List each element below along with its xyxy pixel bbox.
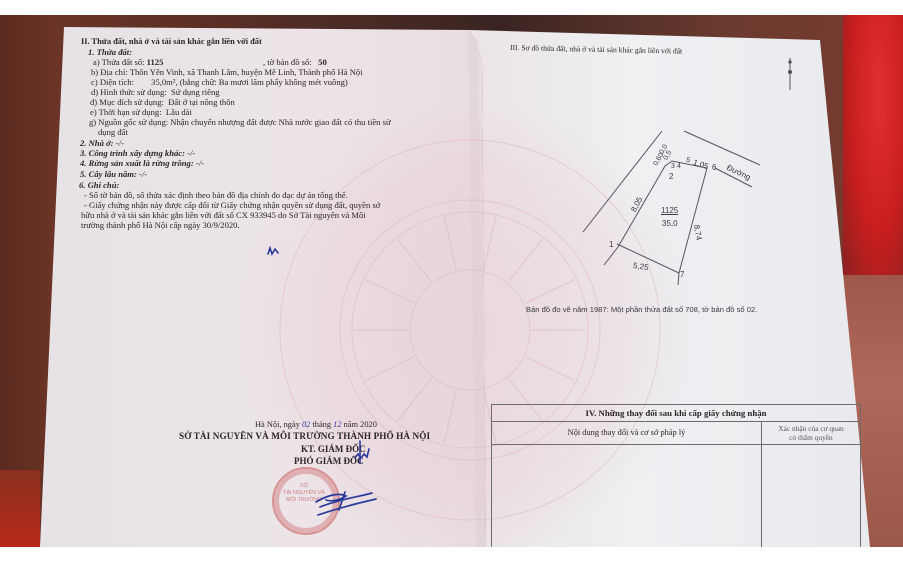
vertex-6: 6 — [712, 163, 716, 172]
col-header-authority-confirmation: Xác nhận của cơ quan có thẩm quyền — [762, 421, 860, 445]
col2-header-line2: có thẩm quyền — [762, 433, 860, 442]
vertex-4: 4 — [677, 163, 681, 170]
vertex-7: 7 — [680, 270, 684, 279]
parcel-area-label: 35,0 — [662, 219, 678, 228]
vertex-1: 1 — [609, 240, 613, 249]
bottom-margin — [0, 547, 903, 563]
changes-table: IV. Những thay đổi sau khi cấp giấy chứn… — [491, 404, 861, 547]
document-content: II. Thửa đất, nhà ở và tài sản khác gắn … — [0, 0, 903, 563]
section-iv-title: IV. Những thay đổi sau khi cấp giấy chứn… — [492, 405, 860, 422]
authority-confirmation-cell — [762, 445, 860, 548]
vertex-3: 3 — [671, 163, 675, 170]
map-source-note: Bản đồ đo vẽ năm 1987: Một phần thửa đất… — [526, 305, 757, 315]
col-header-change-content: Nội dung thay đổi và cơ sở pháp lý — [492, 421, 762, 445]
parcel-number-label: 1125 — [661, 206, 678, 215]
vertex-2: 2 — [669, 172, 673, 181]
change-content-cell — [492, 445, 762, 548]
col2-header-line1: Xác nhận của cơ quan — [762, 424, 860, 433]
